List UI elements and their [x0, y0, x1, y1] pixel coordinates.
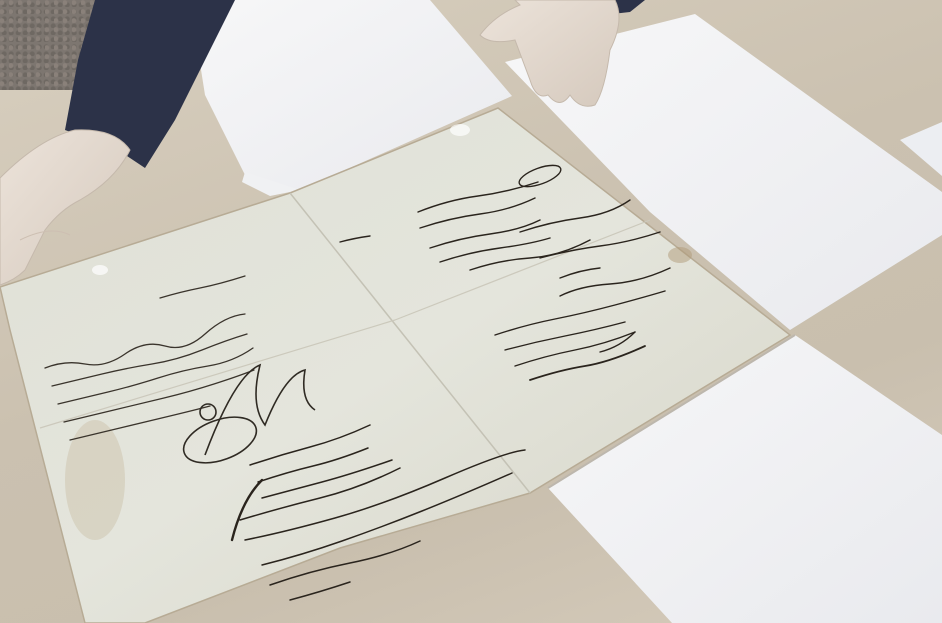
photo-scene: Gloved hands unfolding a large historica… [0, 0, 942, 623]
scene-drawing [0, 0, 942, 623]
